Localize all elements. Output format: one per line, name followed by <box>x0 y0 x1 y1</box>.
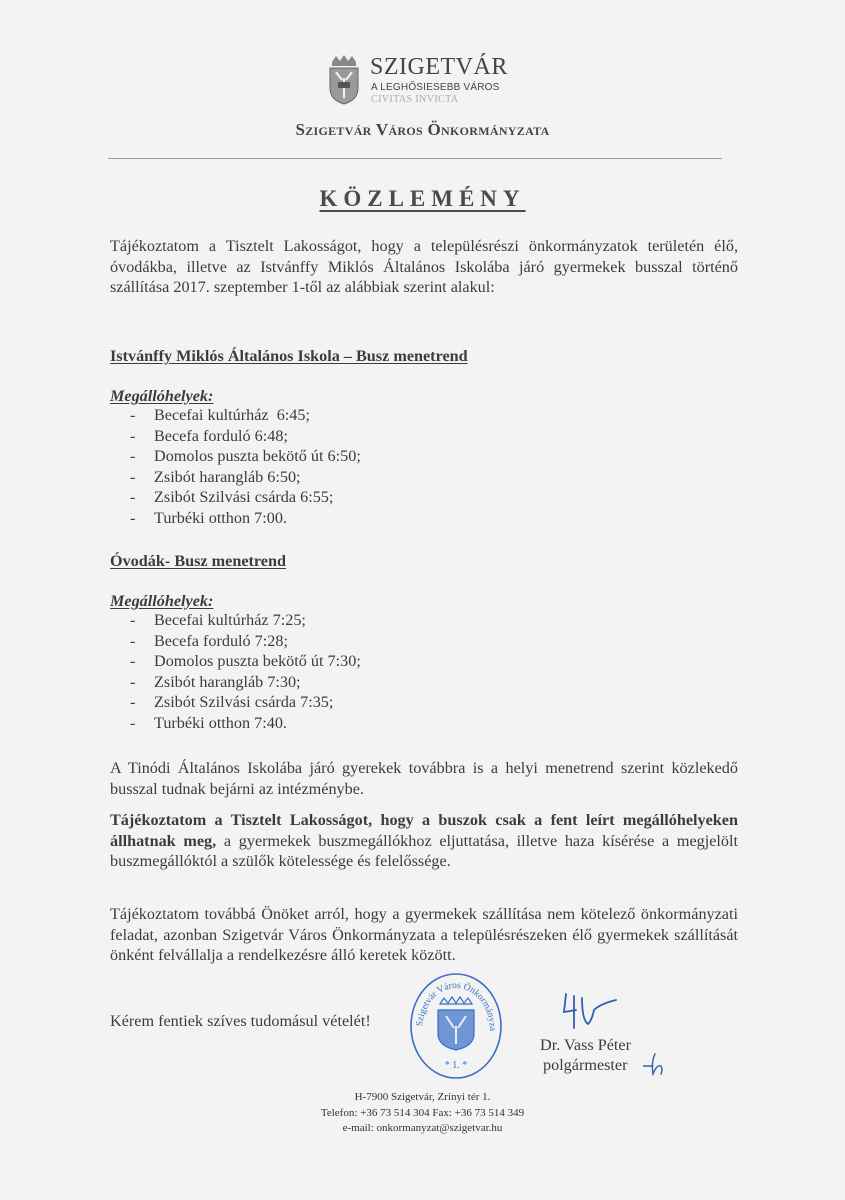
list-item: -Turbéki otthon 7:40. <box>110 713 361 734</box>
list-item: -Becefai kultúrház 7:25; <box>110 610 361 631</box>
signer-name: Dr. Vass Péter <box>540 1036 631 1055</box>
kindergarten-stops-label: Megállóhelyek: <box>110 592 213 611</box>
school-stop-list: -Becefai kultúrház 6:45; -Becefa forduló… <box>110 405 361 528</box>
logo-motto: CIVITAS INVICTA <box>371 94 458 105</box>
school-stops-label: Megállóhelyek: <box>110 387 213 406</box>
school-schedule-heading: Istvánffy Miklós Általános Iskola – Busz… <box>110 347 468 366</box>
list-item: -Zsibót Szilvási csárda 7:35; <box>110 692 361 713</box>
signer-title: polgármester <box>543 1056 628 1075</box>
city-logo: SZIGETVÁR A LEGHŐSIESEBB VÁROS CIVITAS I… <box>326 54 526 110</box>
list-item: -Becefai kultúrház 6:45; <box>110 405 361 426</box>
list-item: -Zsibót harangláb 7:30; <box>110 672 361 693</box>
further-paragraph: Tájékoztatom továbbá Önöket arról, hogy … <box>110 904 738 966</box>
logo-title: SZIGETVÁR <box>370 54 508 81</box>
official-stamp-icon: Szigetvár Város Önkormányzata * 1. * <box>408 970 504 1080</box>
list-item: -Turbéki otthon 7:00. <box>110 508 361 529</box>
list-item: -Domolos puszta bekötő út 7:30; <box>110 651 361 672</box>
kindergarten-schedule-heading: Óvodák- Busz menetrend <box>110 552 286 571</box>
list-item: -Becefa forduló 7:28; <box>110 631 361 652</box>
organization-name: Szigetvár Város Önkormányzata <box>0 120 845 140</box>
list-item: -Zsibót harangláb 6:50; <box>110 467 361 488</box>
inform-paragraph: Tájékoztatom a Tisztelt Lakosságot, hogy… <box>110 810 738 872</box>
initials-icon <box>643 1052 665 1076</box>
coat-of-arms-icon <box>326 54 362 106</box>
logo-subtitle: A LEGHŐSIESEBB VÁROS <box>371 82 500 93</box>
kindergarten-stop-list: -Becefai kultúrház 7:25; -Becefa forduló… <box>110 610 361 733</box>
list-item: -Zsibót Szilvási csárda 6:55; <box>110 487 361 508</box>
footer-phone-fax: Telefon: +36 73 514 304 Fax: +36 73 514 … <box>0 1106 845 1122</box>
document-title: KÖZLEMÉNY <box>0 186 845 212</box>
footer-contact: H-7900 Szigetvár, Zrínyi tér 1. Telefon:… <box>0 1090 845 1137</box>
footer-address: H-7900 Szigetvár, Zrínyi tér 1. <box>0 1090 845 1106</box>
svg-text:* 1. *: * 1. * <box>445 1060 468 1071</box>
closing-line: Kérem fentiek szíves tudomásul vételét! <box>110 1012 371 1031</box>
tinodi-paragraph: A Tinódi Általános Iskolába járó gyereke… <box>110 758 738 799</box>
list-item: -Becefa forduló 6:48; <box>110 426 361 447</box>
document-page: SZIGETVÁR A LEGHŐSIESEBB VÁROS CIVITAS I… <box>0 0 845 1200</box>
signature-icon <box>560 990 620 1030</box>
header-divider <box>108 158 722 159</box>
intro-paragraph: Tájékoztatom a Tisztelt Lakosságot, hogy… <box>110 236 738 298</box>
footer-email: e-mail: onkormanyzat@szigetvar.hu <box>0 1121 845 1137</box>
list-item: -Domolos puszta bekötő út 6:50; <box>110 446 361 467</box>
document-title-text: KÖZLEMÉNY <box>319 186 525 211</box>
